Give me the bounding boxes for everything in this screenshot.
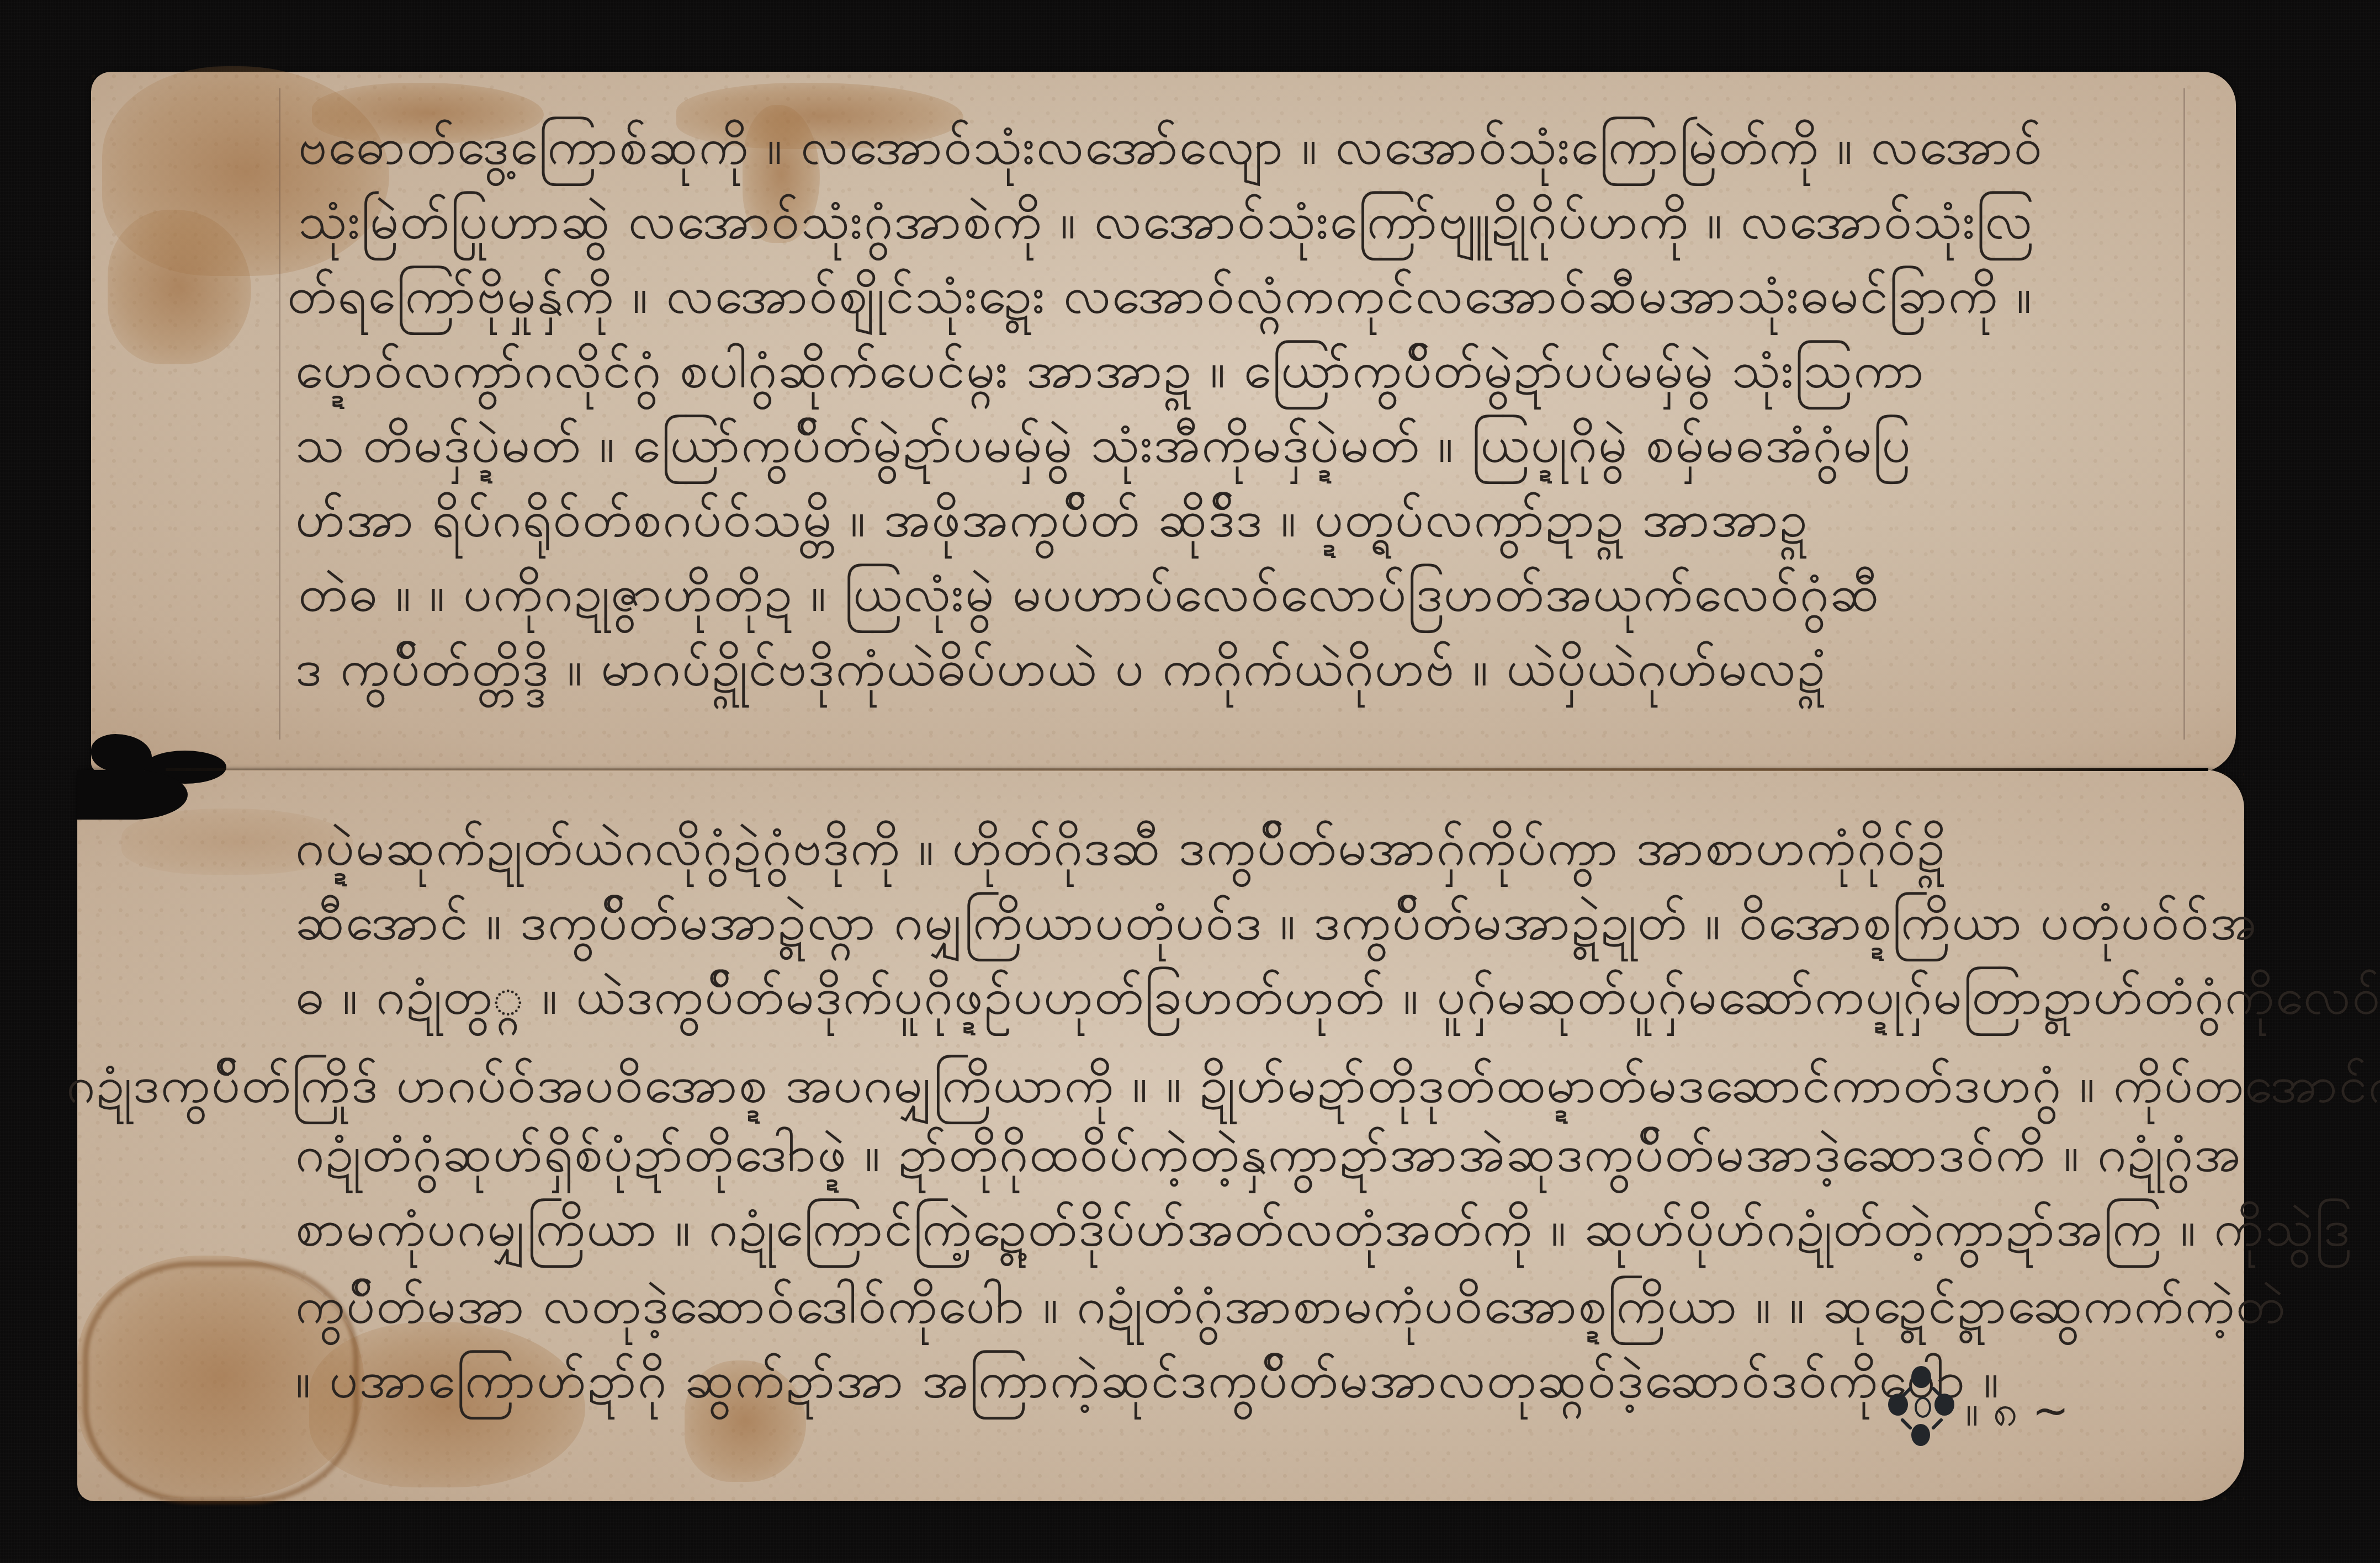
text-line: ဆီအောင် ။ ဒကွပ်ိတ်မအာဍွဲလ္ဂာ ဂမျှကြိယာပတ…	[295, 897, 2258, 948]
left-margin-rule	[279, 88, 280, 740]
text-line: ဒ ကွပ်ိတ်တ္တိဒ္ဒိ ။ မာဂပ်ဍ္ဂိုင်ဗဒိုကုံယ…	[295, 643, 1826, 694]
water-stain	[108, 210, 251, 364]
text-line: စာမကုံပဂမျှကြိယာ ။ ဂဍုံကြောင်ကြဲ့ဍွေ့တ်ဒ…	[295, 1203, 2351, 1254]
text-line: သ တိမဒှ်ပ္ဍဲမတ် ။ ယြော်ကွပ်ိတ်မွဲဍာ်ပမမှ…	[295, 419, 1912, 470]
text-line: ဓ ။ ဂဍုံတွ္ဂ ။ ယဲဒကွပ်ိတ်မဒိုက်ပူဂိုဖ္ဍဉ…	[295, 971, 2380, 1022]
text-line: ဂဍုံဒကွပ်ိတ်ကြိုဒ် ပာဂပ်ဝ်အပဝိအောစ္ဍ အပဂ…	[66, 1060, 2380, 1110]
text-line: တဲဓ ။ ။ ပကိုဂဍုဇွာဟိုတိုဍ ။ ယြလုံးမွဲ မပ…	[298, 568, 1880, 619]
right-margin-rule	[2183, 88, 2185, 740]
text-line: သုံးမြဲတ်ပြုဟာဆွဲ လအောဝ်သုံးဂွံအာစဲကို ။…	[298, 196, 2033, 247]
text-line: ကွပ်ိတ်မအာ လတုဒဲ့ဆောဝ်ဒေါဝ်ကိုပေါာ ။ ဂဍု…	[295, 1280, 2286, 1331]
text-line: ဟ်အာ ရိပ်ဂရိုဝ်တ်စဂပ်ဝ်သမ္တိ ။ အဖိုအကွပ်…	[295, 494, 1809, 545]
text-line: ဂဍုံတံဂွံဆုဟ်ရှိစ်ပုံဍာ်တိုဒေါာဖ္ဍဲ ။ ဍာ…	[295, 1129, 2242, 1179]
text-line: ။ ပအာကြောဟ်ဍာ်ဂို ဆွက်ဍာ်အာ အကြာကဲ့ဆုင်ဒ…	[295, 1355, 2000, 1406]
text-line: တ်ရကြော်ဗိုမှုနှ်ကို ။ လအောဝ်ဈိုင်သုံးဍွ…	[287, 270, 2033, 321]
text-line: ဂပ္ဍဲမဆုက်ဍုတ်ယဲဂလိုဂွံဍဲဂွံဗဒိုကို ။ ဟိ…	[295, 822, 1946, 873]
flower-ornament-icon	[1888, 1366, 1954, 1449]
end-section-mark: ။ ၈ ~	[1965, 1383, 2069, 1448]
text-line: ပ္ဍောဝ်လကွာ်ဂလိုင်ဂွံ စပါဂွံဆိုက်ပေင်မ္ဂ…	[295, 345, 1925, 396]
fold-crease	[166, 768, 2208, 771]
torn-edge	[77, 770, 188, 820]
text-line: ဗဓောတ်ဒွေ့ကြောစ်ဆုကို ။ လအောဝ်သုံးလအော်လ…	[298, 121, 2043, 172]
